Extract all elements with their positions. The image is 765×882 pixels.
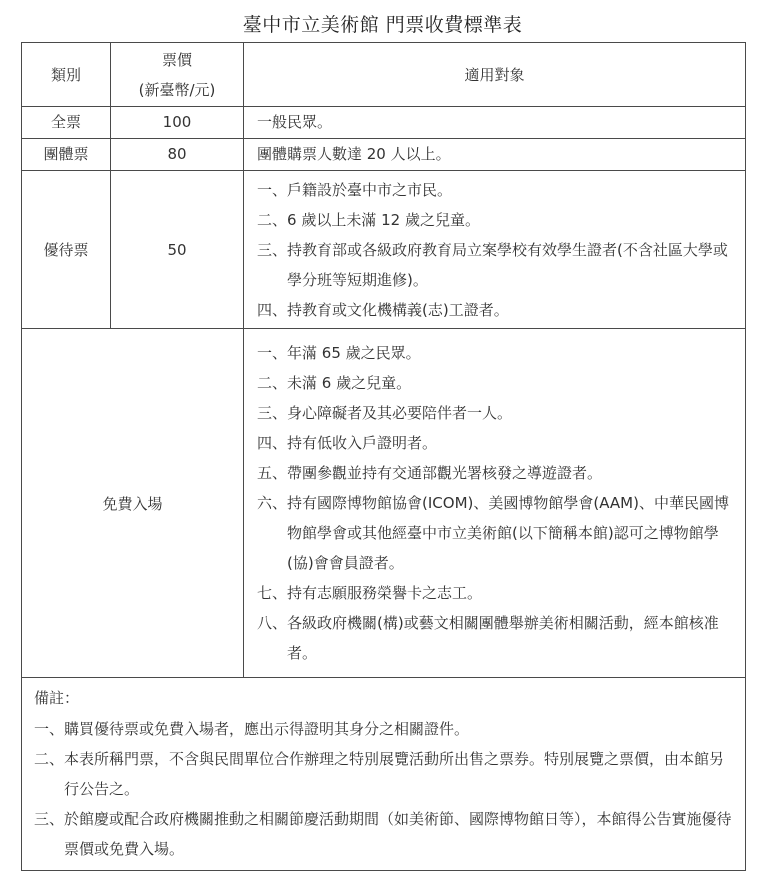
fee-table: 類別 票價 (新臺幣/元) 適用對象 全票 100 一般民眾。 團體票 80 團… [21,42,746,871]
list-item: 二、6 歲以上未滿 12 歲之兒童。 [257,205,745,235]
price-cell: 50 [111,171,244,329]
eligibility-list: 一、年滿 65 歲之民眾。 二、未滿 6 歲之兒童。 三、身心障礙者及其必要陪伴… [244,329,746,678]
notes-cell: 備註： 一、購買優待票或免費入場者，應出示得證明其身分之相關證件。 二、本表所稱… [22,678,746,871]
note-item: 三、於館慶或配合政府機關推動之相關節慶活動期間（如美術節、國際博物館日等），本館… [34,804,737,864]
list-item: 三、持教育部或各級政府教育局立案學校有效學生證者(不含社區大學或學分班等短期進修… [257,235,745,295]
header-eligibility: 適用對象 [244,43,746,107]
category-cell: 全票 [22,107,111,139]
header-price-unit: (新臺幣/元) [111,75,243,105]
list-item: 三、身心障礙者及其必要陪伴者一人。 [257,398,745,428]
list-item: 七、持有志願服務榮譽卡之志工。 [257,578,745,608]
category-cell: 團體票 [22,139,111,171]
table-row-full-ticket: 全票 100 一般民眾。 [22,107,746,139]
list-item: 四、持教育或文化機構義(志)工證者。 [257,295,745,325]
header-price-label: 票價 [111,45,243,75]
notes-title: 備註： [34,682,737,714]
list-item: 六、持有國際博物館協會(ICOM)、美國博物館學會(AAM)、中華民國博物館學會… [257,488,745,578]
list-item: 四、持有低收入戶證明者。 [257,428,745,458]
eligibility-cell: 團體購票人數達 20 人以上。 [244,139,746,171]
table-header-row: 類別 票價 (新臺幣/元) 適用對象 [22,43,746,107]
eligibility-list: 一、戶籍設於臺中市之市民。 二、6 歲以上未滿 12 歲之兒童。 三、持教育部或… [244,171,746,329]
price-cell: 80 [111,139,244,171]
list-item: 八、各級政府機關(構)或藝文相關團體舉辦美術相關活動，經本館核准者。 [257,608,745,668]
list-item: 二、未滿 6 歲之兒童。 [257,368,745,398]
table-row-notes: 備註： 一、購買優待票或免費入場者，應出示得證明其身分之相關證件。 二、本表所稱… [22,678,746,871]
price-cell: 100 [111,107,244,139]
header-category: 類別 [22,43,111,107]
category-cell: 優待票 [22,171,111,329]
note-item: 二、本表所稱門票，不含與民間單位合作辦理之特別展覽活動所出售之票券。特別展覽之票… [34,744,737,804]
table-row-discount-ticket: 優待票 50 一、戶籍設於臺中市之市民。 二、6 歲以上未滿 12 歲之兒童。 … [22,171,746,329]
list-item: 一、戶籍設於臺中市之市民。 [257,175,745,205]
list-item: 一、年滿 65 歲之民眾。 [257,338,745,368]
table-row-free-admission: 免費入場 一、年滿 65 歲之民眾。 二、未滿 6 歲之兒童。 三、身心障礙者及… [22,329,746,678]
category-cell: 免費入場 [22,329,244,678]
list-item: 五、帶團參觀並持有交通部觀光署核發之導遊證者。 [257,458,745,488]
table-row-group-ticket: 團體票 80 團體購票人數達 20 人以上。 [22,139,746,171]
header-price: 票價 (新臺幣/元) [111,43,244,107]
document-title: 臺中市立美術館 門票收費標準表 [0,12,765,38]
note-item: 一、購買優待票或免費入場者，應出示得證明其身分之相關證件。 [34,714,737,744]
eligibility-cell: 一般民眾。 [244,107,746,139]
